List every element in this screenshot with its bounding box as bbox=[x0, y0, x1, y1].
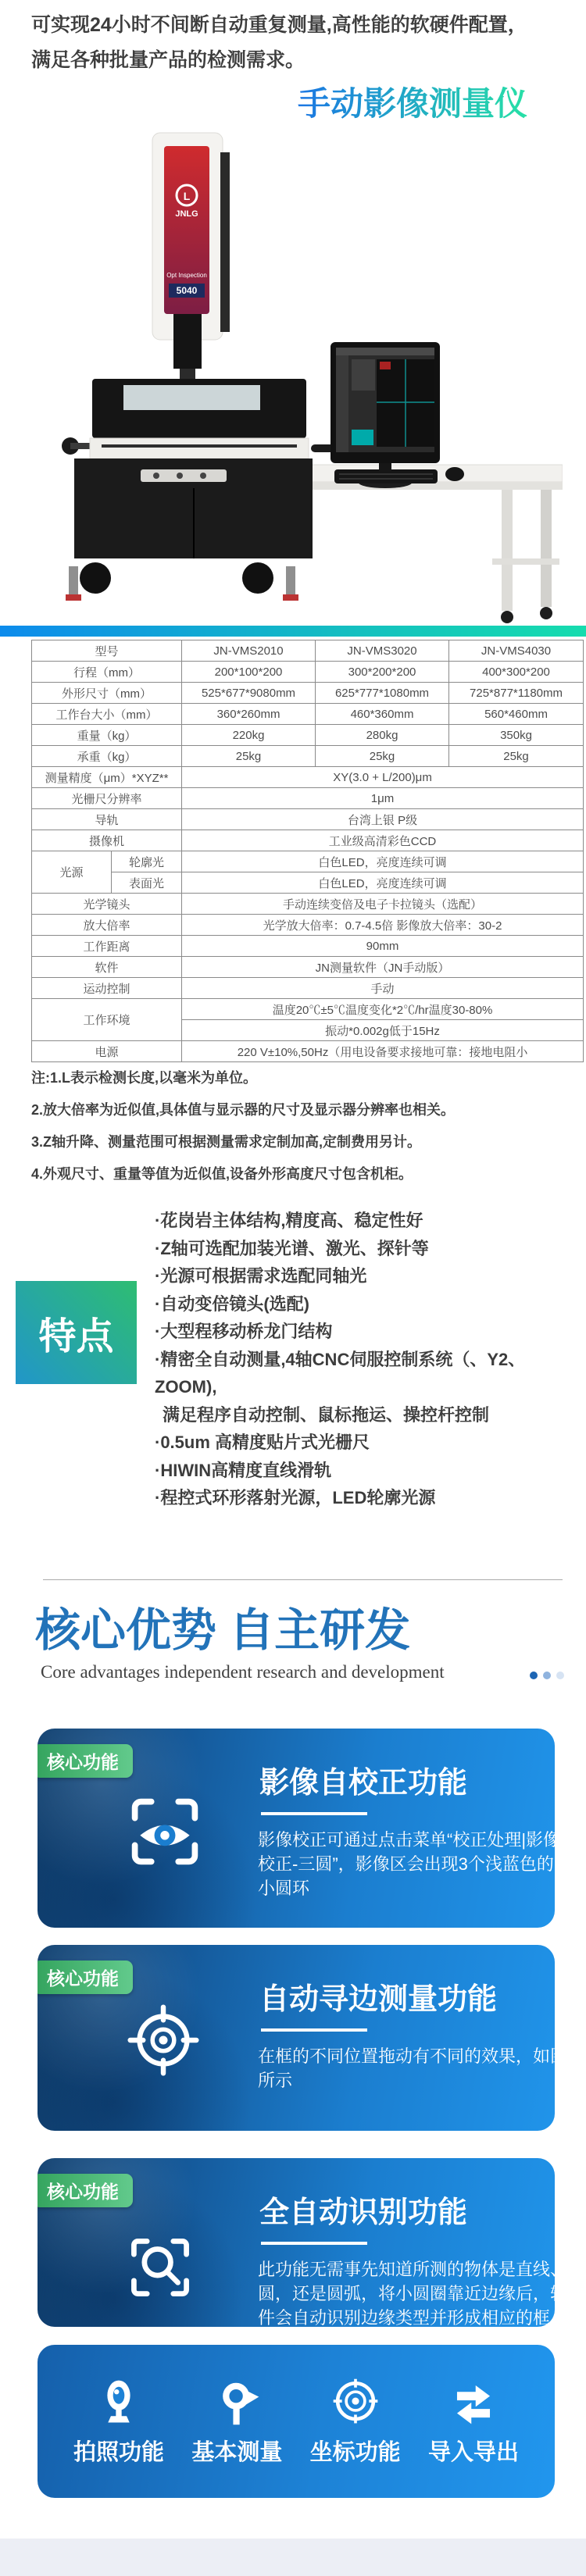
spec-value: 725*877*1180mm bbox=[449, 683, 584, 704]
mouse bbox=[445, 467, 464, 481]
spec-row: 运动控制手动 bbox=[32, 978, 584, 999]
nav-item-label: 坐标功能 bbox=[310, 2435, 401, 2467]
spec-label: 光学镜头 bbox=[32, 894, 182, 915]
desk-wheel bbox=[540, 607, 552, 619]
footer-band bbox=[0, 2539, 586, 2576]
spec-value: 手动 bbox=[182, 978, 584, 999]
software-thumb bbox=[352, 430, 373, 445]
spec-row: 摄像机工业级高清彩色CCD bbox=[32, 830, 584, 851]
spec-label: 运动控制 bbox=[32, 978, 182, 999]
spec-value: 360*260mm bbox=[182, 704, 316, 725]
camera-head bbox=[173, 314, 202, 369]
spec-value: 350kg bbox=[449, 725, 584, 746]
desk-brace bbox=[492, 558, 559, 565]
model-number: 5040 bbox=[177, 285, 198, 296]
spec-row: 软件JN测量软件（JN手动版） bbox=[32, 957, 584, 978]
control-knob bbox=[153, 473, 159, 479]
nav-item-label: 导入导出 bbox=[428, 2435, 519, 2467]
spec-value: 90mm bbox=[182, 936, 584, 957]
spec-row: 电源220 V±10%,50Hz（用电设备要求接地可靠：接地电阻小 bbox=[32, 1041, 584, 1062]
feature-bullet: ·程控式环形落射光源，LED轮廓光源 bbox=[155, 1484, 583, 1512]
intro-line-1: 可实现24小时不间断自动重复测量,高性能的软硬件配置， bbox=[31, 8, 559, 43]
nav-item-label: 基本测量 bbox=[191, 2435, 282, 2467]
spec-value: 560*460mm bbox=[449, 704, 584, 725]
spec-value: 白色LED，亮度连续可调 bbox=[182, 851, 584, 872]
spec-value: 300*200*200 bbox=[316, 662, 449, 683]
spec-label: 测量精度（μm）*XYZ** bbox=[32, 767, 182, 788]
spec-sublabel: 轮廓光 bbox=[112, 851, 182, 872]
leveling-foot bbox=[286, 566, 295, 596]
spec-table-body: 型号JN-VMS2010JN-VMS3020JN-VMS4030行程（mm）20… bbox=[32, 640, 584, 1062]
spec-row: 承重（kg）25kg25kg25kg bbox=[32, 746, 584, 767]
spec-value: 台湾上银 P级 bbox=[182, 809, 584, 830]
spec-label: 工作环境 bbox=[32, 999, 182, 1041]
note-line: 3.Z轴升降、测量范围可根据测量需求定制加高,定制费用另计。 bbox=[31, 1126, 570, 1158]
keyboard bbox=[334, 469, 438, 483]
spec-label: 型号 bbox=[32, 640, 182, 662]
feature-bullet: ·HIWIN高精度直线滑轨 bbox=[155, 1457, 583, 1485]
spec-label: 重量（kg） bbox=[32, 725, 182, 746]
spec-label: 电源 bbox=[32, 1041, 182, 1062]
spec-row: 外形尺寸（mm）525*677*9080mm625*777*1080mm725*… bbox=[32, 683, 584, 704]
spec-value: XY(3.0 + L/200)μm bbox=[182, 767, 584, 788]
spec-value: 200*100*200 bbox=[182, 662, 316, 683]
spec-row: 行程（mm）200*100*200300*200*200400*300*200 bbox=[32, 662, 584, 683]
wheel bbox=[80, 562, 111, 594]
edge-target-icon bbox=[127, 2004, 199, 2076]
card-divider bbox=[261, 2242, 367, 2245]
feature-card-auto-recognition: 核心功能 全自动识别功能 此功能无需事先知道所测的物体是直线、圆，还是圆弧，将小… bbox=[38, 2158, 555, 2327]
control-knob bbox=[200, 473, 206, 479]
stage-band bbox=[90, 438, 309, 458]
spec-label: 放大倍率 bbox=[32, 915, 182, 936]
section-subtitle: Core advantages independent research and… bbox=[41, 1662, 445, 1682]
spec-row: 表面光白色LED，亮度连续可调 bbox=[32, 872, 584, 894]
note-line: 4.外观尺寸、重量等值为近似值,设备外形高度尺寸包含机柜。 bbox=[31, 1158, 570, 1190]
spec-value: 手动连续变倍及电子卡拉镜头（选配） bbox=[182, 894, 584, 915]
measure-icon bbox=[212, 2377, 262, 2427]
stage-glass bbox=[123, 385, 260, 410]
spec-value: 1μm bbox=[182, 788, 584, 809]
spec-row: 工作环境温度20℃±5℃温度变化*2℃/hr温度30-80% bbox=[32, 999, 584, 1020]
nav-item-导入导出[interactable]: 导入导出 bbox=[428, 2377, 519, 2467]
desk-wheel bbox=[501, 611, 513, 623]
desk-leg bbox=[541, 490, 552, 607]
function-nav-bar: 拍照功能基本测量坐标功能导入导出 bbox=[38, 2345, 555, 2498]
feature-bullet: ·花岗岩主体结构,精度高、稳定性好 bbox=[155, 1207, 583, 1235]
note-line: 注:1.L表示检测长度,以毫米为单位。 bbox=[31, 1062, 570, 1094]
feature-bullet: ·Z轴可选配加装光谱、激光、探针等 bbox=[155, 1235, 583, 1263]
spec-label: 工作台大小（mm） bbox=[32, 704, 182, 725]
spec-value: JN测量软件（JN手动版） bbox=[182, 957, 584, 978]
core-function-badge: 核心功能 bbox=[38, 1961, 133, 1994]
spec-table: 型号JN-VMS2010JN-VMS3020JN-VMS4030行程（mm）20… bbox=[31, 640, 584, 1062]
software-indicator bbox=[380, 362, 391, 369]
spec-row: 工作台大小（mm）360*260mm460*360mm560*460mm bbox=[32, 704, 584, 725]
section-dots bbox=[530, 1672, 564, 1679]
spec-row: 放大倍率光学放大倍率：0.7-4.5倍 影像放大倍率：30-2 bbox=[32, 915, 584, 936]
foot-pad bbox=[283, 594, 298, 601]
card-divider bbox=[261, 1812, 367, 1815]
feature-bullet: ·光源可根据需求选配同轴光 bbox=[155, 1262, 583, 1290]
product-photo: L JNLG Opt Inspection 5040 bbox=[23, 121, 563, 625]
nav-item-拍照功能[interactable]: 拍照功能 bbox=[73, 2377, 164, 2467]
spec-label: 外形尺寸（mm） bbox=[32, 683, 182, 704]
brand-name: JNLG bbox=[175, 209, 198, 219]
feature-bullet: 满足程序自动控制、鼠标拖运、操控杆控制 bbox=[155, 1401, 583, 1429]
card-title: 全自动识别功能 bbox=[259, 2188, 555, 2231]
card-divider bbox=[261, 2028, 367, 2032]
eye-focus-icon bbox=[127, 1794, 202, 1869]
transfer-icon bbox=[448, 2377, 498, 2427]
pagination-dot bbox=[543, 1672, 551, 1679]
webcam-icon bbox=[94, 2377, 144, 2427]
spec-sublabel: 表面光 bbox=[112, 872, 182, 894]
spec-value: JN-VMS2010 bbox=[182, 640, 316, 662]
feature-card-edge-finding: 核心功能 自动寻边测量功能 在框的不同位置拖动有不同的效果，如图所示 bbox=[38, 1945, 555, 2131]
card-body: 影像校正可通过点击菜单“校正处理|影像校正-三圆”，影像区会出现3个浅蓝色的小圆… bbox=[258, 1828, 555, 1900]
spec-row: 光栅尺分辨率1μm bbox=[32, 788, 584, 809]
spec-value: 光学放大倍率：0.7-4.5倍 影像放大倍率：30-2 bbox=[182, 915, 584, 936]
spec-label: 光源 bbox=[32, 851, 112, 894]
card-title: 影像自校正功能 bbox=[259, 1758, 555, 1801]
spec-row: 光学镜头手动连续变倍及电子卡拉镜头（选配） bbox=[32, 894, 584, 915]
software-toolbar bbox=[336, 355, 348, 452]
panel-text: Opt Inspection bbox=[166, 272, 207, 279]
spec-value: 白色LED，亮度连续可调 bbox=[182, 872, 584, 894]
spec-row: 重量（kg）220kg280kg350kg bbox=[32, 725, 584, 746]
card-body: 在框的不同位置拖动有不同的效果，如图所示 bbox=[258, 2044, 555, 2093]
spec-value: 25kg bbox=[182, 746, 316, 767]
desk-leg bbox=[502, 490, 513, 611]
feature-bullet: ·0.5um 高精度贴片式光栅尺 bbox=[155, 1429, 583, 1457]
nav-item-基本测量[interactable]: 基本测量 bbox=[191, 2377, 282, 2467]
spec-value: 220kg bbox=[182, 725, 316, 746]
svg-text:L: L bbox=[184, 190, 191, 202]
spec-label: 承重（kg） bbox=[32, 746, 182, 767]
spec-row: 测量精度（μm）*XYZ**XY(3.0 + L/200)μm bbox=[32, 767, 584, 788]
core-function-badge: 核心功能 bbox=[38, 1744, 133, 1778]
spec-row: 型号JN-VMS2010JN-VMS3020JN-VMS4030 bbox=[32, 640, 584, 662]
card-body: 此功能无需事先知道所测的物体是直线、圆，还是圆弧，将小圆圈靠近边缘后，软件会自动… bbox=[258, 2257, 555, 2327]
gradient-divider bbox=[0, 626, 586, 637]
leveling-foot bbox=[69, 566, 78, 596]
spec-value: 工业级高清彩色CCD bbox=[182, 830, 584, 851]
product-detail-page: 可实现24小时不间断自动重复测量,高性能的软硬件配置， 满足各种批量产品的检测需… bbox=[0, 0, 586, 2576]
spec-label: 行程（mm） bbox=[32, 662, 182, 683]
spec-value: 400*300*200 bbox=[449, 662, 584, 683]
feature-bullet: ·精密全自动测量,4轴CNC伺服控制系统（、Y2、ZOOM), bbox=[155, 1346, 583, 1401]
spec-label: 工作距离 bbox=[32, 936, 182, 957]
note-line: 2.放大倍率为近似值,具体值与显示器的尺寸及显示器分辨率也相关。 bbox=[31, 1094, 570, 1126]
spec-value: 25kg bbox=[316, 746, 449, 767]
column-rail bbox=[220, 152, 230, 332]
spec-label: 导轨 bbox=[32, 809, 182, 830]
spec-value: 280kg bbox=[316, 725, 449, 746]
spec-value: 温度20℃±5℃温度变化*2℃/hr温度30-80% bbox=[182, 999, 584, 1020]
nav-item-坐标功能[interactable]: 坐标功能 bbox=[310, 2377, 401, 2467]
coordinate-icon bbox=[331, 2377, 381, 2427]
spec-value: JN-VMS3020 bbox=[316, 640, 449, 662]
spec-value: 220 V±10%,50Hz（用电设备要求接地可靠：接地电阻小 bbox=[182, 1041, 584, 1062]
nav-item-label: 拍照功能 bbox=[73, 2435, 164, 2467]
spec-label: 光栅尺分辨率 bbox=[32, 788, 182, 809]
features-label-box: 特点 bbox=[16, 1281, 137, 1384]
spec-value: JN-VMS4030 bbox=[449, 640, 584, 662]
feature-card-image-calibration: 核心功能 影像自校正功能 影像校正可通过点击菜单“校正处理|影像校正-三圆”，影… bbox=[38, 1729, 555, 1928]
card-title: 自动寻边测量功能 bbox=[259, 1975, 555, 2018]
spec-row: 导轨台湾上银 P级 bbox=[32, 809, 584, 830]
spec-label: 摄像机 bbox=[32, 830, 182, 851]
spec-value: 460*360mm bbox=[316, 704, 449, 725]
pagination-dot bbox=[556, 1672, 564, 1679]
foot-pad bbox=[66, 594, 81, 601]
spec-value: 振动*0.002g低于15Hz bbox=[182, 1020, 584, 1041]
feature-bullet: ·大型程移动桥龙门结构 bbox=[155, 1318, 583, 1346]
software-menubar bbox=[336, 348, 434, 355]
spec-value: 525*677*9080mm bbox=[182, 683, 316, 704]
core-function-badge: 核心功能 bbox=[38, 2174, 133, 2207]
spec-value: 25kg bbox=[449, 746, 584, 767]
spec-row: 工作距离90mm bbox=[32, 936, 584, 957]
control-knob bbox=[177, 473, 183, 479]
wheel bbox=[242, 562, 273, 594]
stage-slot bbox=[102, 444, 297, 448]
auto-detect-magnifier-icon bbox=[127, 2235, 193, 2300]
spec-notes: 注:1.L表示检测长度,以毫米为单位。2.放大倍率为近似值,具体值与显示器的尺寸… bbox=[31, 1062, 570, 1190]
spec-label: 软件 bbox=[32, 957, 182, 978]
spec-row: 光源轮廓光白色LED，亮度连续可调 bbox=[32, 851, 584, 872]
features-label: 特点 bbox=[38, 1306, 113, 1360]
section-title: 核心优势 自主研发 bbox=[35, 1593, 410, 1659]
feature-bullet: ·自动变倍镜头(选配) bbox=[155, 1290, 583, 1318]
page-title: 手动影像测量仪 bbox=[298, 78, 527, 125]
spec-value: 625*777*1080mm bbox=[316, 683, 449, 704]
section-rule bbox=[43, 1579, 563, 1580]
pagination-dot bbox=[530, 1672, 538, 1679]
features-list: ·花岗岩主体结构,精度高、稳定性好·Z轴可选配加装光谱、激光、探针等·光源可根据… bbox=[155, 1207, 583, 1512]
software-panel bbox=[352, 359, 375, 391]
intro-text: 可实现24小时不间断自动重复测量,高性能的软硬件配置， 满足各种批量产品的检测需… bbox=[31, 8, 559, 78]
intro-line-2: 满足各种批量产品的检测需求。 bbox=[31, 43, 559, 78]
